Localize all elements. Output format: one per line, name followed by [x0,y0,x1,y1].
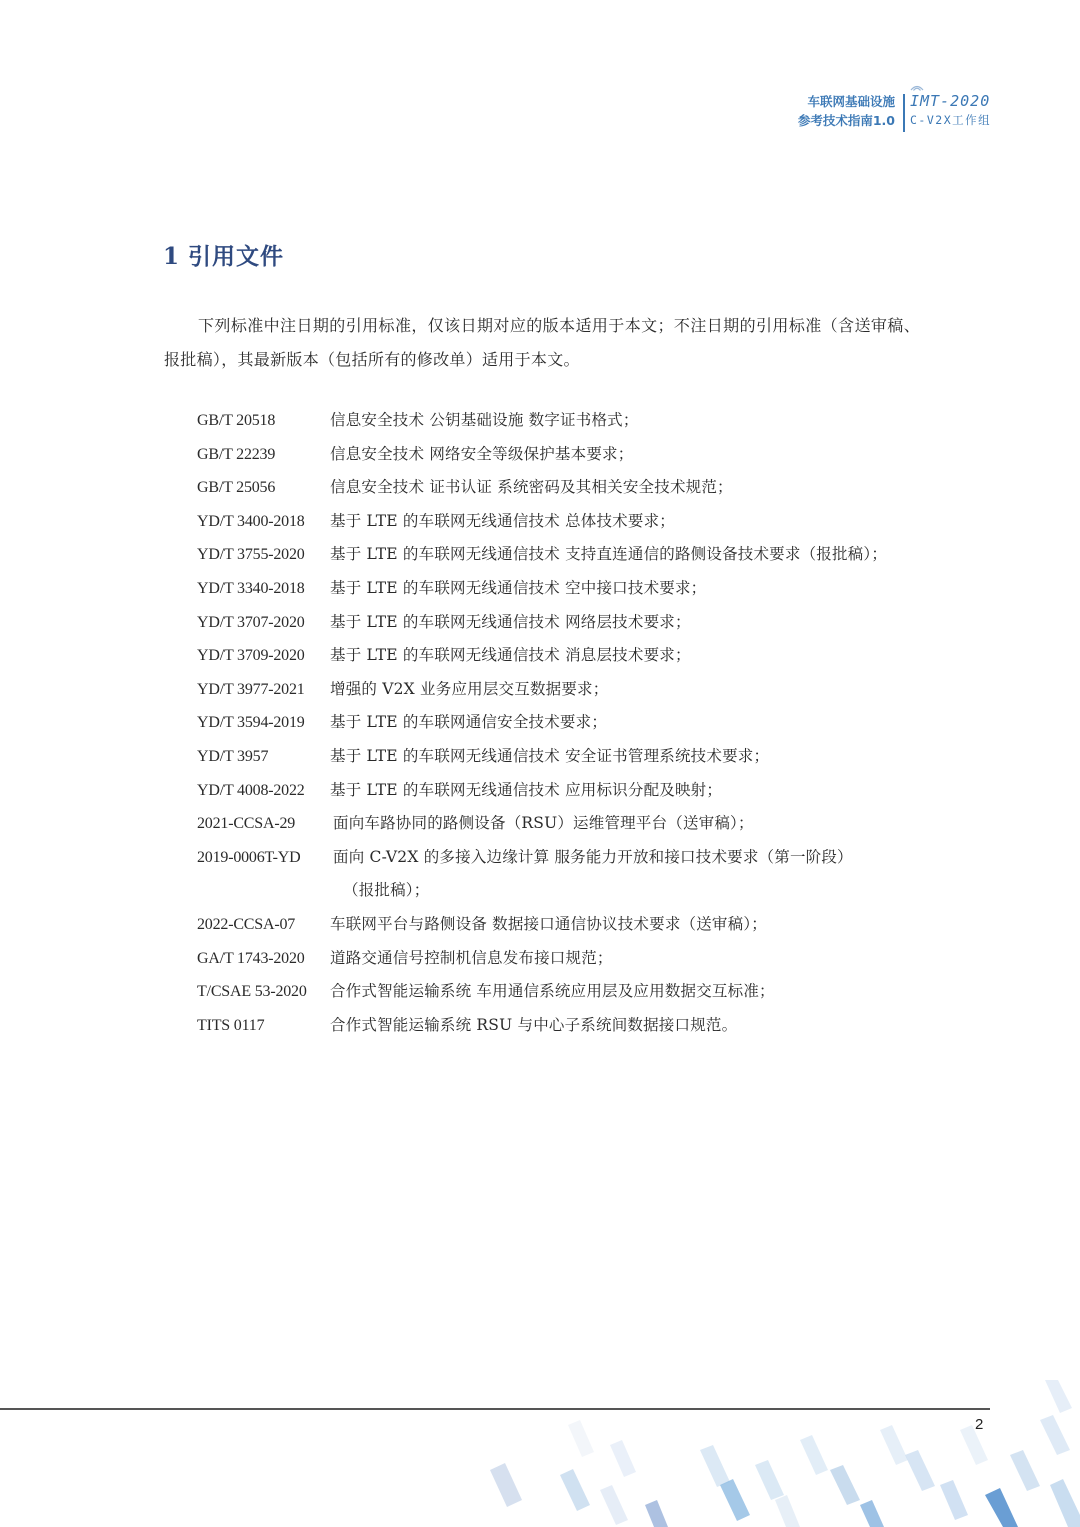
reference-code: YD/T 3709-2020 [197,639,305,673]
reference-code: YD/T 3755-2020 [197,538,305,572]
reference-item: GB/T 25056 信息安全技术 证书认证 系统密码及其相关安全技术规范； [197,471,932,505]
reference-code: YD/T 3977-2021 [197,673,305,707]
reference-title: 基于 LTE 的车联网无线通信技术 安全证书管理系统技术要求； [197,740,932,774]
reference-code: 2022-CCSA-07 [197,908,295,942]
reference-code: GB/T 25056 [197,471,275,505]
reference-title-line2: （报批稿）； [333,874,923,908]
reference-item: YD/T 3340-2018 基于 LTE 的车联网无线通信技术 空中接口技术要… [197,572,932,606]
reference-code: YD/T 4008-2022 [197,774,305,808]
reference-title: 增强的 V2X 业务应用层交互数据要求； [197,673,932,707]
section-number: 1 [163,243,180,270]
reference-code: YD/T 3594-2019 [197,706,305,740]
reference-code: YD/T 3957 [197,740,268,774]
reference-title: 信息安全技术 证书认证 系统密码及其相关安全技术规范； [197,471,932,505]
wireless-signal-icon [910,82,924,92]
reference-item: 2019-0006T-YD 面向 C-V2X 的多接入边缘计算 服务能力开放和接… [197,841,932,908]
reference-code: YD/T 3707-2020 [197,606,305,640]
reference-item: GB/T 20518 信息安全技术 公钥基础设施 数字证书格式； [197,404,932,438]
reference-code: 2019-0006T-YD [197,841,300,875]
section-title: 1引用文件 [163,238,284,271]
reference-item: 2021-CCSA-29 面向车路协同的路侧设备（RSU）运维管理平台（送审稿）… [197,807,932,841]
reference-code: GB/T 22239 [197,438,275,472]
reference-title: 基于 LTE 的车联网无线通信技术 空中接口技术要求； [197,572,932,606]
reference-title: 面向 C-V2X 的多接入边缘计算 服务能力开放和接口技术要求（第一阶段） （报… [197,841,923,908]
reference-title: 信息安全技术 公钥基础设施 数字证书格式； [197,404,932,438]
reference-list: GB/T 20518 信息安全技术 公钥基础设施 数字证书格式； GB/T 22… [197,404,932,1042]
reference-title: 基于 LTE 的车联网无线通信技术 支持直连通信的路侧设备技术要求（报批稿）； [197,538,932,572]
reference-code: GB/T 20518 [197,404,275,438]
reference-code: YD/T 3340-2018 [197,572,305,606]
footer-decorative-pattern [0,1380,1080,1527]
reference-code: GA/T 1743-2020 [197,942,305,976]
intro-paragraph: 下列标准中注日期的引用标准，仅该日期对应的版本适用于本文；不注日期的引用标准（含… [164,309,920,376]
reference-item: T/CSAE 53-2020 合作式智能运输系统 车用通信系统应用层及应用数据交… [197,975,932,1009]
reference-item: YD/T 3755-2020 基于 LTE 的车联网无线通信技术 支持直连通信的… [197,538,932,572]
reference-item: YD/T 3709-2020 基于 LTE 的车联网无线通信技术 消息层技术要求… [197,639,932,673]
reference-title: 基于 LTE 的车联网通信安全技术要求； [197,706,932,740]
reference-item: YD/T 3400-2018 基于 LTE 的车联网无线通信技术 总体技术要求； [197,505,932,539]
reference-item: YD/T 3957 基于 LTE 的车联网无线通信技术 安全证书管理系统技术要求… [197,740,932,774]
document-title-block: 车联网基础设施 参考技术指南1.0 [798,92,895,130]
reference-title: 面向车路协同的路侧设备（RSU）运维管理平台（送审稿）； [197,807,932,841]
reference-item: GB/T 22239 信息安全技术 网络安全等级保护基本要求； [197,438,932,472]
reference-title: 车联网平台与路侧设备 数据接口通信协议技术要求（送审稿）； [197,908,932,942]
reference-title: 基于 LTE 的车联网无线通信技术 总体技术要求； [197,505,932,539]
reference-item: GA/T 1743-2020 道路交通信号控制机信息发布接口规范； [197,942,932,976]
page-number: 2 [975,1416,983,1433]
reference-code: T/CSAE 53-2020 [197,975,307,1009]
reference-title: 合作式智能运输系统 RSU 与中心子系统间数据接口规范。 [197,1009,932,1043]
section-title-text: 引用文件 [188,244,284,270]
reference-title: 基于 LTE 的车联网无线通信技术 应用标识分配及映射； [197,774,932,808]
logo-subtext: C-V2X工作组 [910,111,991,130]
imt2020-logo: IMT-2020 C-V2X工作组 [910,92,991,130]
reference-title: 道路交通信号控制机信息发布接口规范； [197,942,932,976]
reference-item: YD/T 3594-2019 基于 LTE 的车联网通信安全技术要求； [197,706,932,740]
reference-title: 基于 LTE 的车联网无线通信技术 网络层技术要求； [197,606,932,640]
document-title-line2: 参考技术指南1.0 [798,111,895,130]
reference-title: 基于 LTE 的车联网无线通信技术 消息层技术要求； [197,639,932,673]
reference-code: YD/T 3400-2018 [197,505,305,539]
reference-item: 2022-CCSA-07 车联网平台与路侧设备 数据接口通信协议技术要求（送审稿… [197,908,932,942]
reference-title: 合作式智能运输系统 车用通信系统应用层及应用数据交互标准； [197,975,932,1009]
reference-title: 信息安全技术 网络安全等级保护基本要求； [197,438,932,472]
reference-code: 2021-CCSA-29 [197,807,295,841]
header-divider [903,94,905,132]
reference-item: YD/T 3977-2021 增强的 V2X 业务应用层交互数据要求； [197,673,932,707]
reference-item: YD/T 4008-2022 基于 LTE 的车联网无线通信技术 应用标识分配及… [197,774,932,808]
document-title-line1: 车联网基础设施 [798,92,895,111]
reference-title-line1: 面向 C-V2X 的多接入边缘计算 服务能力开放和接口技术要求（第一阶段） [333,848,853,866]
reference-item: TITS 0117 合作式智能运输系统 RSU 与中心子系统间数据接口规范。 [197,1009,932,1043]
logo-text: IMT-2020 [910,92,991,111]
footer-divider [0,1408,990,1410]
reference-code: TITS 0117 [197,1009,264,1043]
reference-item: YD/T 3707-2020 基于 LTE 的车联网无线通信技术 网络层技术要求… [197,606,932,640]
page-header: 车联网基础设施 参考技术指南1.0 IMT-2020 C-V2X工作组 [760,92,1000,142]
